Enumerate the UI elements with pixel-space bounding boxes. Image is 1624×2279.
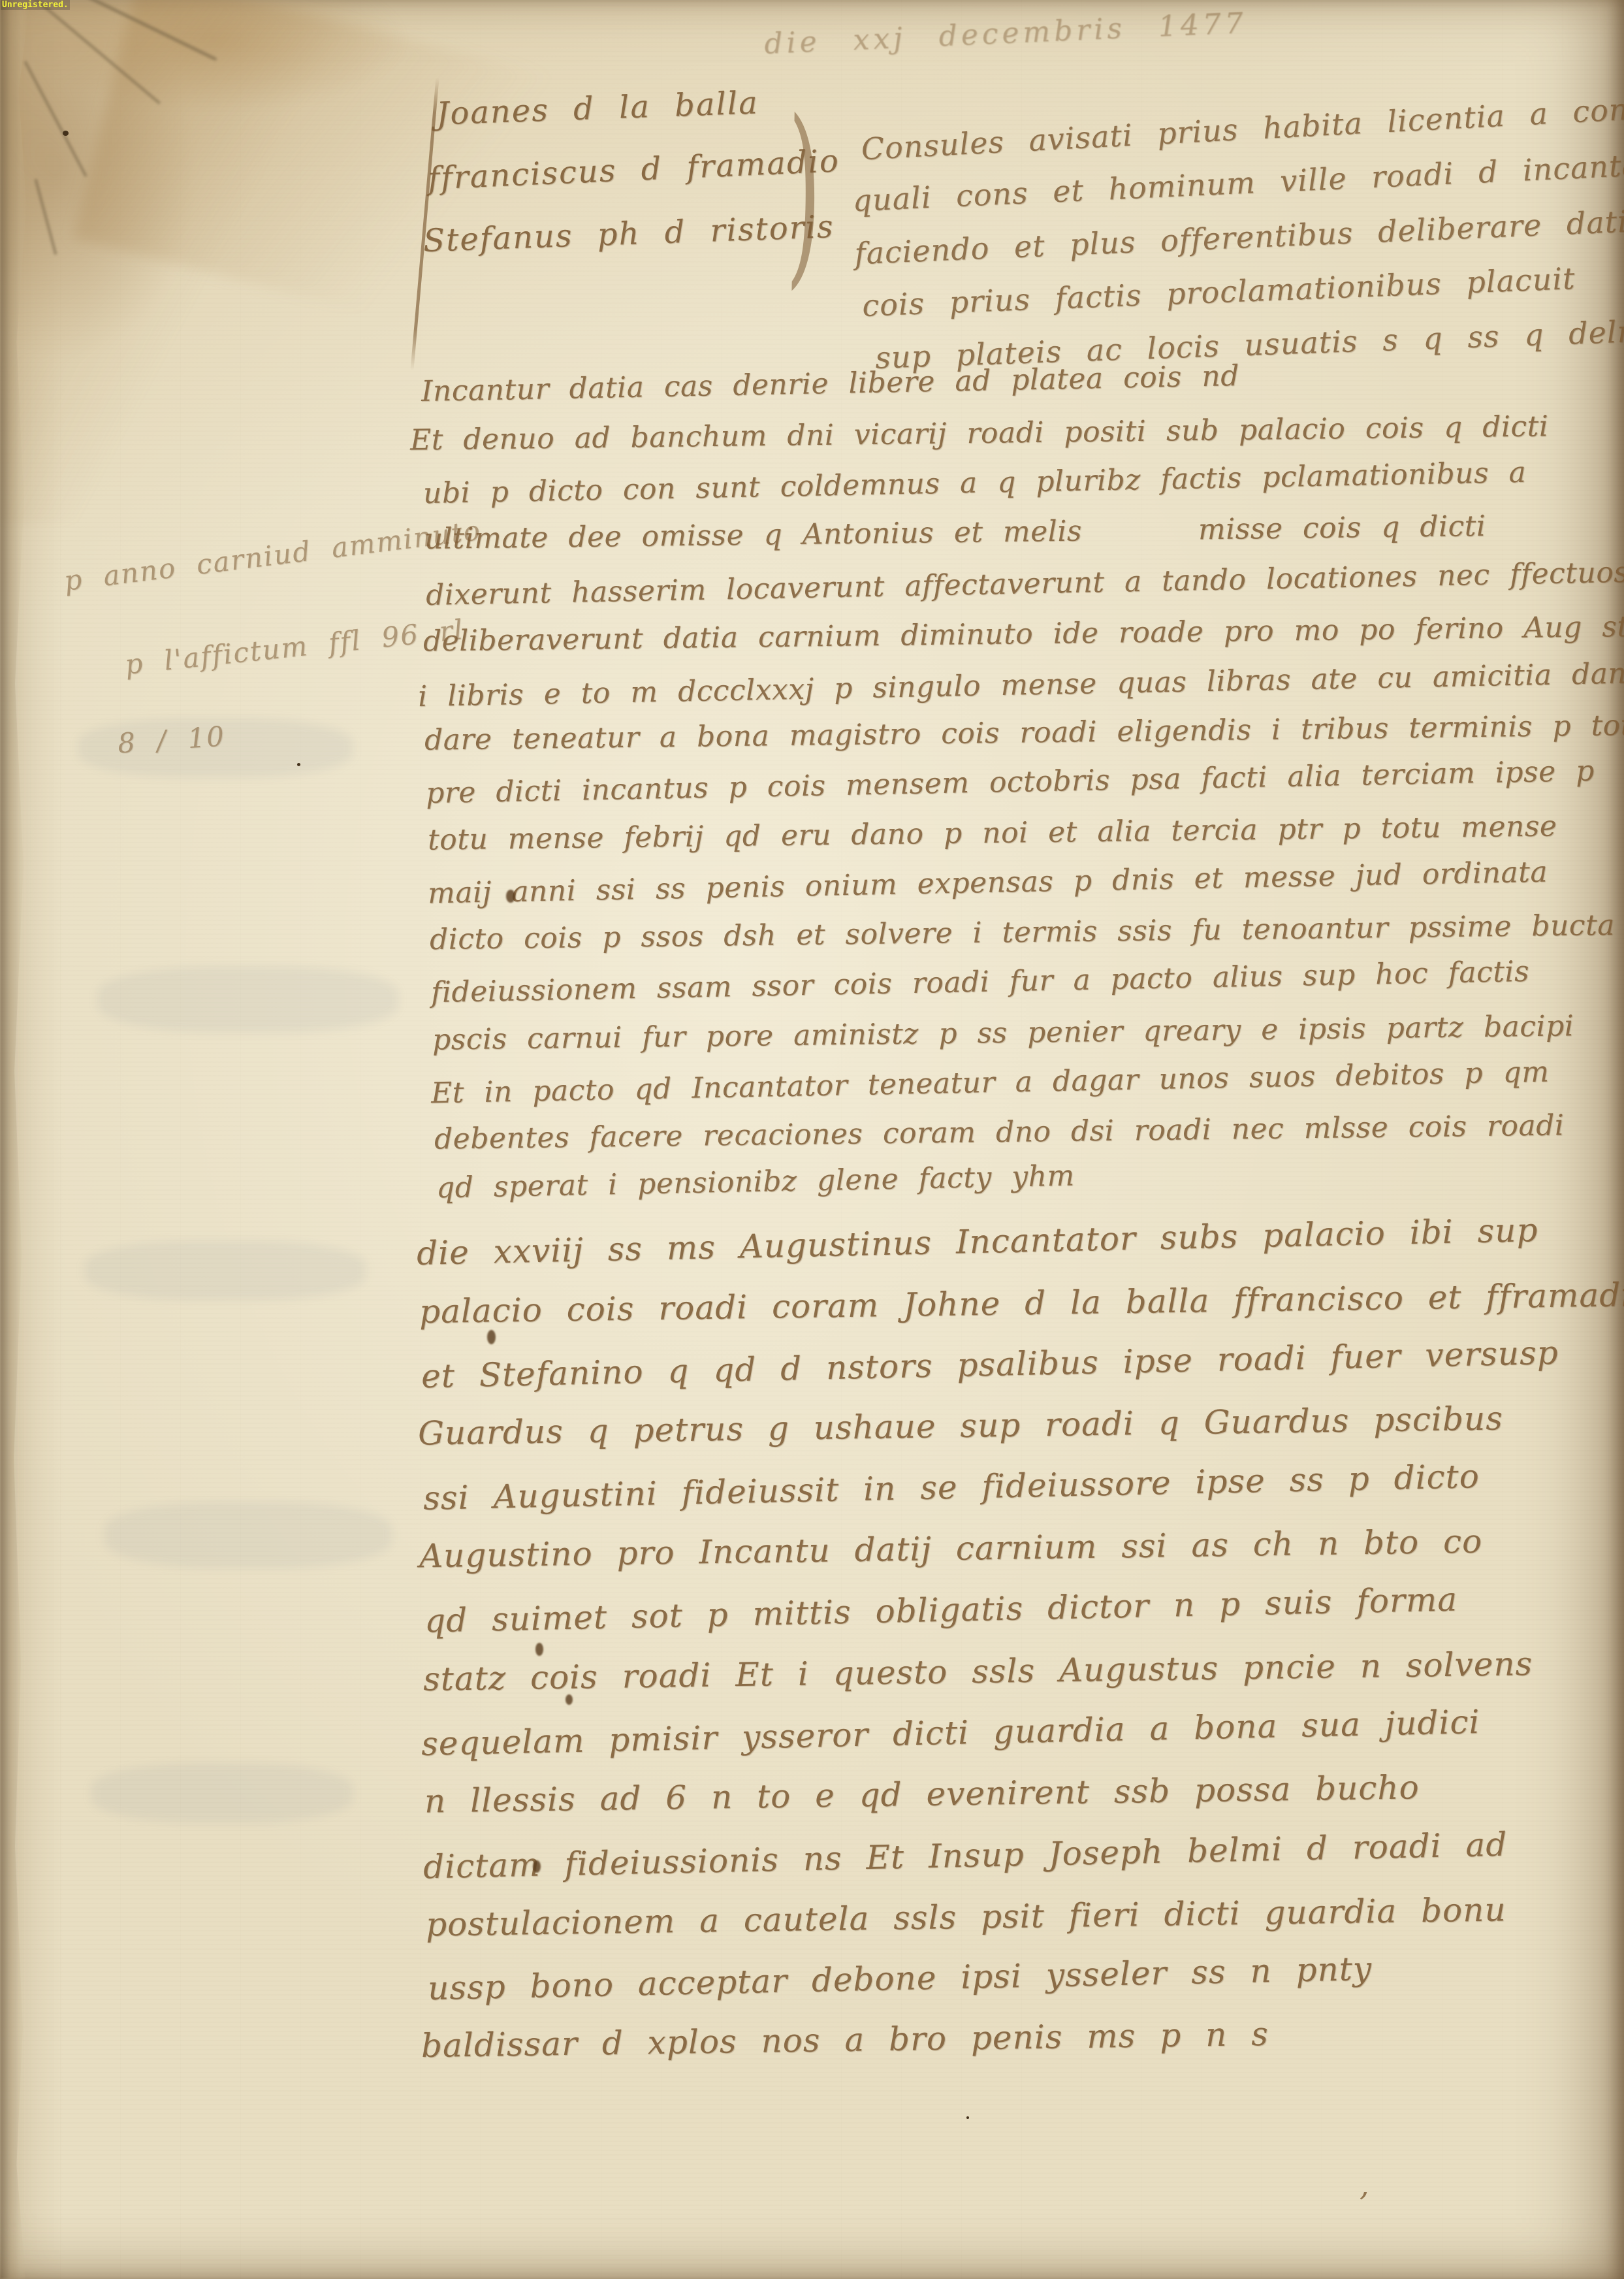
show-through [91,1764,353,1822]
manuscript-line: ffranciscus d framadio [427,142,840,197]
paper-speck [63,131,69,136]
paper-crease [24,61,87,177]
ink-blot [535,1643,543,1656]
manuscript-line: qd sperat i pensionibz glene facty yhm [436,1159,1075,1205]
manuscript-line: qd suimet sot p mittis obligatis dictor … [424,1580,1458,1640]
manuscript-line: pre dicti incantus p cois mensem octobri… [426,754,1595,810]
manuscript-line: ussp bono acceptar debone ipsi ysseler s… [428,1950,1373,2007]
manuscript-line: ssi Augustini fideiussit in se fideiusso… [423,1457,1480,1517]
brace-mark: ) [786,78,823,309]
manuscript-page: Unregistered. die xxj decembris 1477 Joa… [0,0,1624,2279]
ink-blot [506,890,515,903]
paper-speck [966,2116,969,2119]
manuscript-line: baldissar d xplos nos a bro penis ms p n… [421,2015,1269,2065]
manuscript-line: dixerunt hasserim locaverunt affectaveru… [426,555,1624,612]
manuscript-line: Et denuo ad banchum dni vicarij roadi po… [410,410,1549,457]
manuscript-line: palacio cois roadi coram Johne d la ball… [419,1276,1624,1331]
manuscript-line: totu mense febrij qd eru dano p noi et a… [428,809,1557,856]
manuscript-line: ubi p dicto con sunt coldemnus a q pluri… [423,456,1527,510]
paper-crease [35,179,57,255]
ink-blot [487,1330,496,1344]
manuscript-line: Guardus q petrus g ushaue sup roadi q Gu… [418,1399,1503,1452]
margin-note-line: p anno carniud amminuto [62,514,483,597]
manuscript-line: Incantur datia cas denrie libere ad plat… [421,359,1240,408]
margin-note-line: p l'affictum ffl 96 rl [123,613,466,681]
ink-blot [565,1694,573,1705]
manuscript-line: maij anni ssi ss penis onium expensas p … [428,856,1548,911]
paper-crease [9,0,161,105]
manuscript-line: i libris e to m dccclxxxj p singulo mens… [418,653,1624,713]
unregistered-watermark: Unregistered. [1,0,70,10]
manuscript-line: deliberaverunt datia carnium diminuto id… [423,608,1624,658]
manuscript-line: Augustino pro Incantu datij carnium ssi … [419,1523,1483,1576]
torn-left-edge [0,0,30,2279]
manuscript-line: dare teneatur a bona magistro cois roadi… [424,708,1624,756]
manuscript-line: cois prius factis proclamationibus placu… [861,261,1576,323]
show-through [104,1502,392,1568]
manuscript-line: dicto cois p ssos dsh et solvere i termi… [430,909,1616,956]
ink-blot [533,1860,541,1873]
manuscript-line: statz cois roadi Et i questo ssls August… [423,1645,1533,1698]
manuscript-line: n llessis ad 6 n to e qd evenirent ssb p… [424,1768,1420,1820]
manuscript-line: Stefanus ph d ristoris [422,208,835,259]
manuscript-line: faciendo et plus offerentibus deliberare… [853,203,1624,272]
header-date: die xxj decembris 1477 [763,7,1247,61]
manuscript-line: Joanes d la balla [436,84,759,132]
stain-streak [74,0,710,381]
show-through [98,967,398,1032]
manuscript-line: Et in pacto qd Incantator teneatur a dag… [431,1056,1550,1110]
manuscript-line: et Stefanino q qd d nstors psalibus ipse… [421,1334,1559,1395]
show-through [85,1241,366,1300]
manuscript-line: pscis carnui fur pore aministz p ss peni… [432,1009,1574,1056]
manuscript-line: fideiussionem ssam ssor cois roadi fur a… [431,955,1530,1009]
manuscript-line: debentes facere recaciones coram dno dsi… [434,1108,1565,1156]
paper-speck [297,763,300,766]
stray-pen-mark: , [1360,2167,1369,2203]
manuscript-line: ultimate dee omisse q Antonius et melis … [424,509,1486,556]
manuscript-line: sequelam pmisir ysseror dicti guardia a … [421,1703,1480,1763]
manuscript-line: postulacionem a cautela ssls psit fieri … [426,1890,1506,1943]
manuscript-line: dictam fideiussionis ns Et Insup Joseph … [423,1826,1508,1886]
manuscript-line: die xxviij ss ms Augustinus Incantator s… [417,1211,1538,1272]
